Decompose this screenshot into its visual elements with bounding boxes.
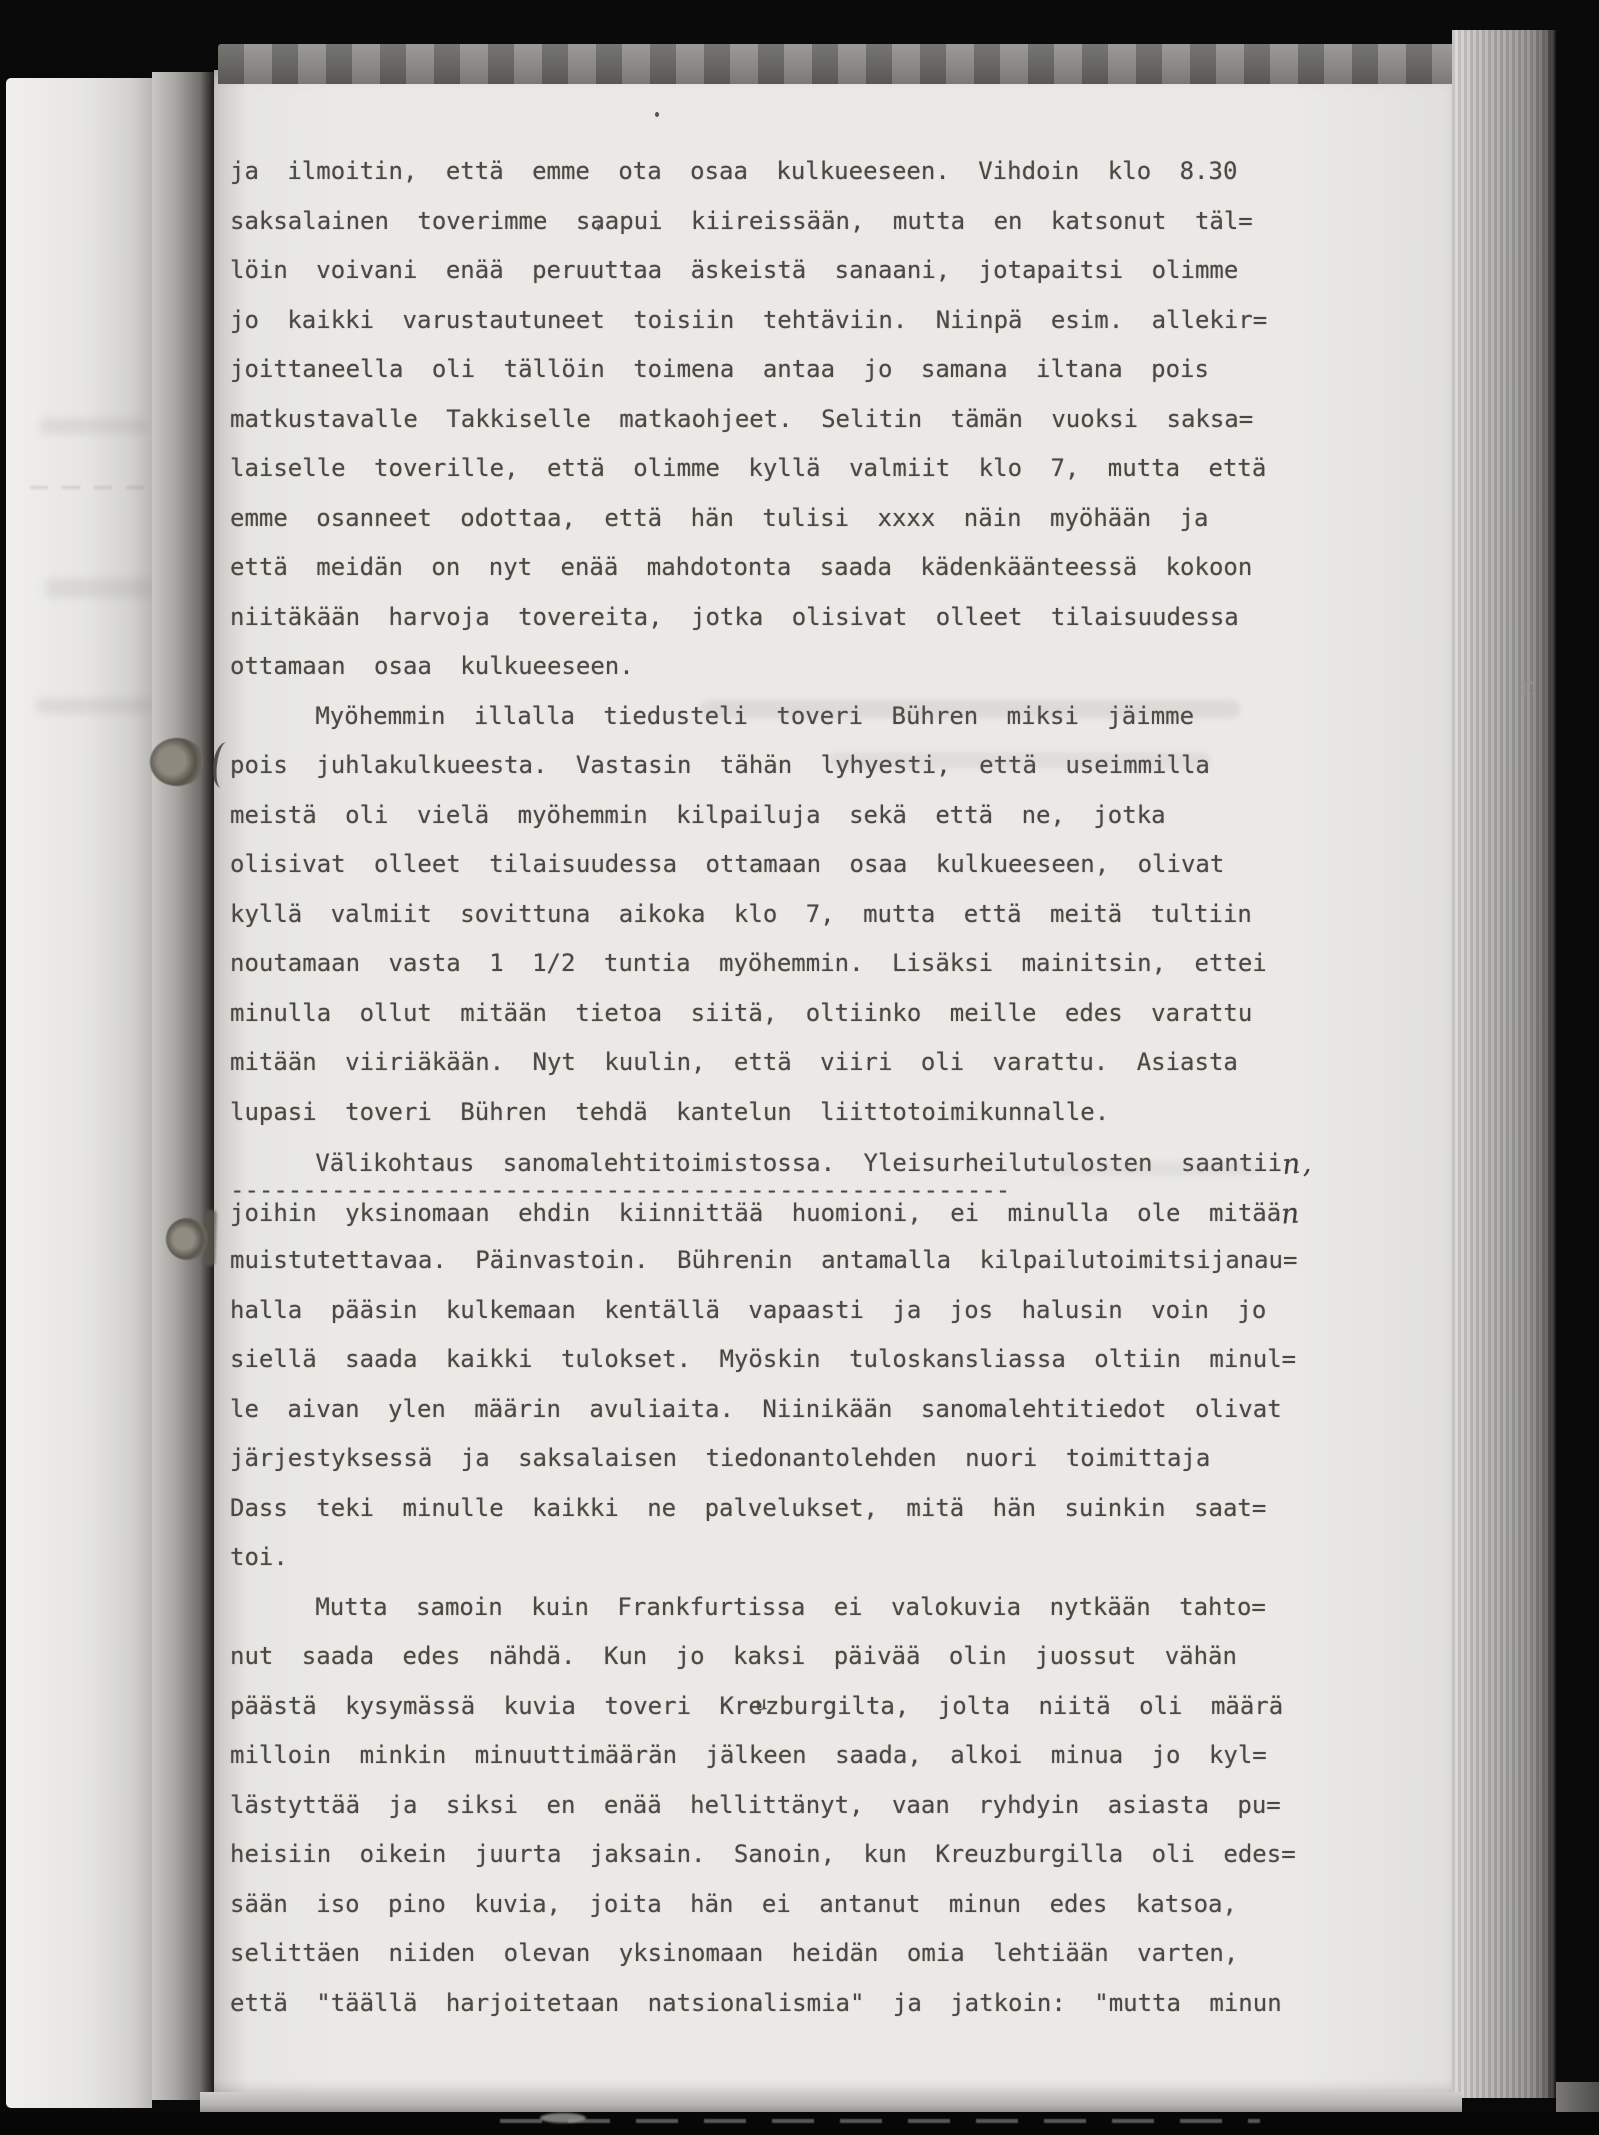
text-line: toi. bbox=[230, 1533, 1490, 1583]
text-line: heisiin oikein juurta jaksain. Sanoin, k… bbox=[230, 1830, 1490, 1880]
text-line: kyllä valmiit sovittuna aikoka klo 7, mu… bbox=[230, 890, 1490, 940]
text-line: saksalainen toverimme saapui kiireissään… bbox=[230, 197, 1490, 247]
text-line: ja ilmoitin, että emme ota osaa kulkuees… bbox=[230, 147, 1490, 197]
handwritten-suffix: n, bbox=[1281, 1138, 1315, 1190]
text-line: että meidän on nyt enää mahdotonta saada… bbox=[230, 543, 1490, 593]
text-line: lästyttää ja siksi en enää hellittänyt, … bbox=[230, 1781, 1490, 1831]
text-line: meistä oli vielä myöhemmin kilpailuja se… bbox=[230, 791, 1490, 841]
text-line: niitäkään harvoja tovereita, jotka olisi… bbox=[230, 593, 1490, 643]
table-highlight bbox=[540, 2113, 586, 2123]
facing-page-edge bbox=[6, 78, 152, 2108]
bleed-through-smudge bbox=[40, 418, 148, 434]
ink-blot bbox=[150, 738, 204, 786]
text-line: päästä kysymässä kuvia toveri Kreuzburgi… bbox=[230, 1682, 1490, 1732]
typed-segment: päästä kysymässä kuvia toveri Kre bbox=[230, 1692, 763, 1720]
faint-dash-mark bbox=[30, 486, 150, 489]
text-line: noutamaan vasta 1 1/2 tuntia myöhemmin. … bbox=[230, 939, 1490, 989]
text-line: joittaneella oli tällöin toimena antaa j… bbox=[230, 345, 1490, 395]
text-line: lupasi toveri Bühren tehdä kantelun liit… bbox=[230, 1088, 1490, 1138]
photo-background-right bbox=[1556, 0, 1599, 2135]
table-edge-texture bbox=[500, 2119, 1260, 2123]
text-line: Mutta samoin kuin Frankfurtissa ei valok… bbox=[230, 1583, 1490, 1633]
heading-underline: ----------------------------------------… bbox=[230, 1178, 1030, 1202]
text-line: muistutettavaa. Päinvastoin. Bührenin an… bbox=[230, 1236, 1490, 1286]
text-line: mitään viiriäkään. Nyt kuulin, että viir… bbox=[230, 1038, 1490, 1088]
text-line: nut saada edes nähdä. Kun jo kaksi päivä… bbox=[230, 1632, 1490, 1682]
ghost-text-smudge bbox=[830, 752, 1210, 768]
text-line: matkustavalle Takkiselle matkaohjeet. Se… bbox=[230, 395, 1490, 445]
ghost-text-smudge bbox=[700, 700, 1240, 718]
text-line: jo kaikki varustautuneet toisiin tehtävi… bbox=[230, 296, 1490, 346]
ghost-text-smudge bbox=[1050, 1162, 1260, 1176]
paper-speck bbox=[655, 112, 659, 117]
page-stack-bottom-edge bbox=[200, 2092, 1462, 2114]
photo-background-bottom bbox=[0, 2112, 1599, 2135]
typed-segment: zburgilta, jolta niitä oli määrä bbox=[765, 1692, 1283, 1720]
page-stack-top-edge bbox=[218, 44, 1492, 84]
margin-note-right: r. bbox=[1520, 672, 1538, 702]
page-corner-patch bbox=[1556, 2082, 1599, 2112]
ink-blot bbox=[166, 1218, 208, 1260]
text-line: siellä saada kaikki tulokset. Myöskin tu… bbox=[230, 1335, 1490, 1385]
bleed-through-smudge bbox=[46, 578, 158, 598]
text-line: emme osanneet odottaa, että hän tulisi x… bbox=[230, 494, 1490, 544]
text-line: ottamaan osaa kulkueeseen. bbox=[230, 642, 1490, 692]
photo-background-top bbox=[0, 0, 1599, 44]
handwritten-suffix: n bbox=[1280, 1188, 1303, 1239]
text-line: löin voivani enää peruuttaa äskeistä san… bbox=[230, 246, 1490, 296]
text-line: sään iso pino kuvia, joita hän ei antanu… bbox=[230, 1880, 1490, 1930]
paper-speck bbox=[597, 224, 600, 231]
text-line: selittäen niiden olevan yksinomaan heidä… bbox=[230, 1929, 1490, 1979]
text-line: että "täällä harjoitetaan natsionalismia… bbox=[230, 1979, 1490, 2029]
ink-smear bbox=[204, 1210, 217, 1266]
text-line: milloin minkin minuuttimäärän jälkeen sa… bbox=[230, 1731, 1490, 1781]
text-line: minulla ollut mitään tietoa siitä, oltii… bbox=[230, 989, 1490, 1039]
text-block: ja ilmoitin, että emme ota osaa kulkuees… bbox=[230, 147, 1490, 2028]
bleed-through-smudge bbox=[36, 698, 154, 714]
book-gutter bbox=[152, 72, 214, 2100]
text-line: olisivat olleet tilaisuudessa ottamaan o… bbox=[230, 840, 1490, 890]
paper-speck bbox=[886, 1859, 889, 1863]
text-line: halla pääsin kulkemaan kentällä vapaasti… bbox=[230, 1286, 1490, 1336]
text-line: Dass teki minulle kaikki ne palvelukset,… bbox=[230, 1484, 1490, 1534]
text-line: le aivan ylen määrin avuliaita. Niinikää… bbox=[230, 1385, 1490, 1435]
text-line: laiselle toverille, että olimme kyllä va… bbox=[230, 444, 1490, 494]
text-line: järjestyksessä ja saksalaisen tiedonanto… bbox=[230, 1434, 1490, 1484]
